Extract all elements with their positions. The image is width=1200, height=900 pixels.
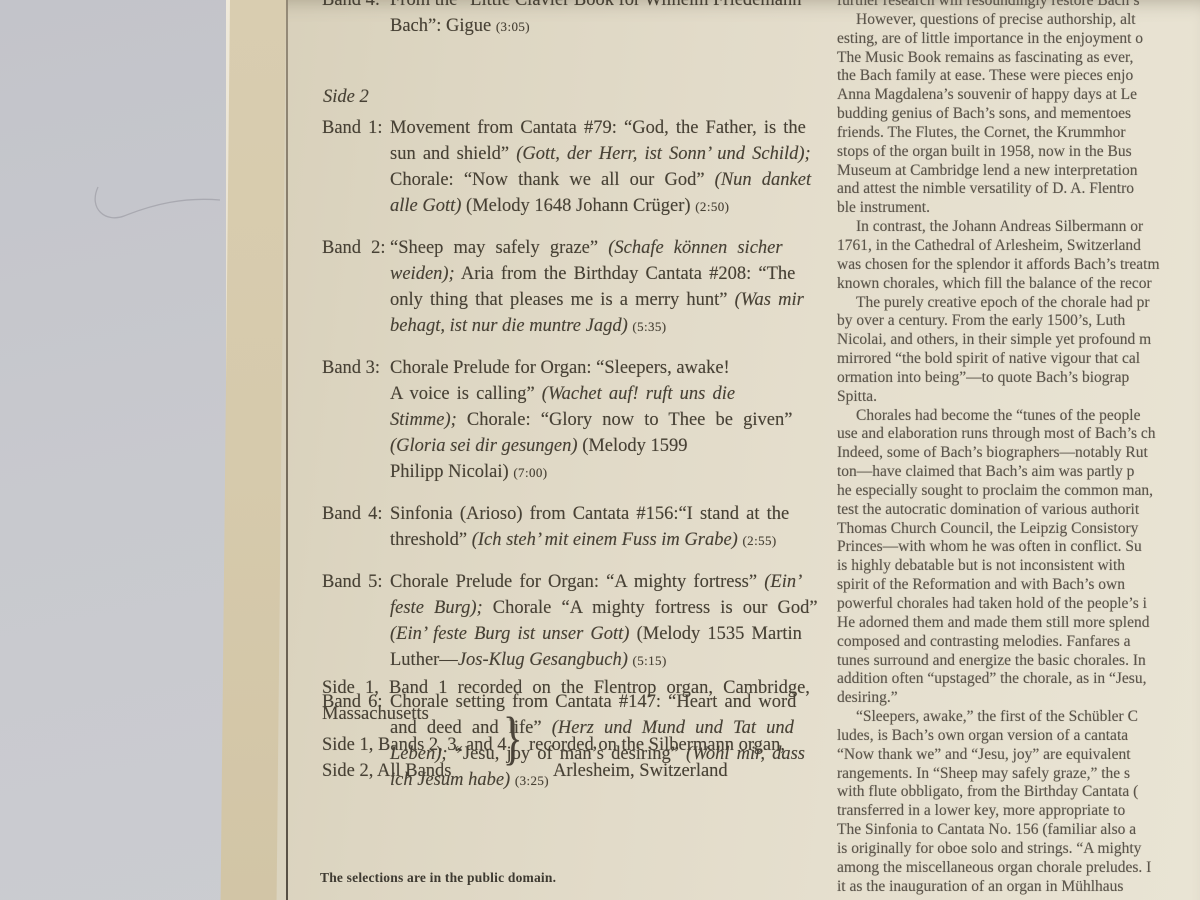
text-segment: (Schafe können sicher xyxy=(608,238,782,258)
text-segment: (Gloria sei dir gesungen) xyxy=(390,436,578,456)
liner-notes-line: further research will resoundingly resto… xyxy=(837,0,1200,11)
liner-notes-line: ludes, is Bach’s own organ version of a … xyxy=(837,727,1200,746)
tracklist-line: threshold” (Ich steh’ mit einem Fuss im … xyxy=(322,527,818,554)
text-segment: Luther— xyxy=(390,650,458,670)
text-segment: (Melody 1535 Martin xyxy=(629,624,801,644)
side2-heading: Side 2 xyxy=(323,84,369,110)
liner-notes-line: 1761, in the Cathedral of Arlesheim, Swi… xyxy=(837,237,1200,256)
duration: (5:35) xyxy=(632,319,666,334)
text-segment: (Wachet auf! ruft uns die xyxy=(542,384,735,404)
brace-symbol: } xyxy=(503,725,522,752)
text-segment: Side 2, All Bands xyxy=(322,761,452,781)
duration: (2:55) xyxy=(742,533,776,548)
text-segment: (Ich steh’ mit einem Fuss im Grabe) xyxy=(472,530,743,550)
band-label: Band 4: xyxy=(322,501,390,527)
recording-note-line: Side 1, Bands 2, 3, and 4 xyxy=(322,732,506,758)
text-segment: Jos-Klug Gesangbuch) xyxy=(458,650,633,670)
tracklist-line: Band 2:“Sheep may safely graze” (Schafe … xyxy=(322,235,818,261)
sleeve-edge-strip xyxy=(221,0,286,900)
hair-strand xyxy=(80,175,240,245)
recording-note-line: Massachusetts xyxy=(322,701,810,727)
band-entry: Band 2:“Sheep may safely graze” (Schafe … xyxy=(322,235,818,340)
liner-notes-line: desiring.” xyxy=(837,689,1200,708)
tracklist-line: only thing that pleases me is a merry hu… xyxy=(322,287,818,313)
tracklist-line: alle Gott) (Melody 1648 Johann Crüger) (… xyxy=(322,193,818,220)
liner-notes-line: known chorales, which fill the balance o… xyxy=(837,275,1200,294)
text-segment: Sinfonia (Arioso) from Cantata #156:“I s… xyxy=(390,504,789,524)
text-segment: Chorale “A mighty fortress is our God” xyxy=(483,598,818,618)
public-domain-note: The selections are in the public domain. xyxy=(320,869,556,887)
tracklist-line: Band 4:From the “Little Clavier Book for… xyxy=(322,0,801,13)
liner-notes-line: with flute obbligato, from the Birthday … xyxy=(837,783,1200,802)
liner-notes-line: Anna Magdalena’s souvenir of happy days … xyxy=(837,86,1200,105)
liner-notes-line: use and elaboration runs through most of… xyxy=(837,425,1200,444)
text-segment: weiden); xyxy=(390,264,455,284)
liner-notes-line: friends. The Flutes, the Cornet, the Kru… xyxy=(837,124,1200,143)
liner-notes-line: mirrored “the bold spirit of native vigo… xyxy=(837,350,1200,369)
liner-notes-line: He adorned them and made them still more… xyxy=(837,614,1200,633)
liner-notes-line: it as the inauguration of an organ in Mü… xyxy=(837,878,1200,897)
band-entry: Band 5:Chorale Prelude for Organ: “A mig… xyxy=(322,569,818,674)
text-segment: Side 1, Band 1 recorded on the Flentrop … xyxy=(322,678,810,698)
tracklist-line: behagt, ist nur die muntre Jagd) (5:35) xyxy=(322,313,818,340)
text-segment: A voice is calling” xyxy=(390,384,542,404)
liner-notes-line: ble instrument. xyxy=(837,199,1200,218)
band-label: Band 4: xyxy=(322,0,390,13)
text-segment: Chorale: “Glory now to Thee be given” xyxy=(457,410,793,430)
text-segment: From the “Little Clavier Book for Wilhel… xyxy=(390,0,801,10)
tracklist-line: Band 5:Chorale Prelude for Organ: “A mig… xyxy=(322,569,818,595)
tracklist-line: Bach”: Gigue (3:05) xyxy=(322,13,801,40)
liner-notes-column: further research will resoundingly resto… xyxy=(837,0,1200,897)
liner-notes-line: The purely creative epoch of the chorale… xyxy=(837,294,1200,313)
band-label: Band 3: xyxy=(322,355,390,381)
liner-notes-line: ton—have claimed that Bach’s aim was par… xyxy=(837,463,1200,482)
text-segment: sun and shield” xyxy=(390,144,516,164)
liner-notes-line: ormation into being”—to quote Bach’s bio… xyxy=(837,369,1200,388)
liner-notes-line: rangements. In “Sheep may safely graze,”… xyxy=(837,765,1200,784)
liner-notes-line: The Music Book remains as fascinating as… xyxy=(837,49,1200,68)
liner-notes-line: “Now thank we” and “Jesu, joy” are equiv… xyxy=(837,746,1200,765)
tracklist-line: Band 3:Chorale Prelude for Organ: “Sleep… xyxy=(322,355,818,381)
liner-notes-line: he especially sought to proclaim the com… xyxy=(837,482,1200,501)
recording-note-line: Side 1, Band 1 recorded on the Flentrop … xyxy=(322,675,810,701)
band-label: Band 1: xyxy=(322,115,390,141)
band-label: Band 5: xyxy=(322,569,390,595)
tracklist-line: Luther—Jos-Klug Gesangbuch) (5:15) xyxy=(322,647,818,674)
liner-notes-line: powerful chorales had taken hold of the … xyxy=(837,595,1200,614)
liner-notes-line: stops of the organ built in 1958, now in… xyxy=(837,143,1200,162)
tracklist-line: sun and shield” (Gott, der Herr, ist Son… xyxy=(322,141,818,167)
liner-notes-line: composed and contrasting melodies. Fanfa… xyxy=(837,633,1200,652)
text-segment: (Melody 1648 Johann Crüger) xyxy=(461,196,695,216)
liner-notes-line: However, questions of precise authorship… xyxy=(837,11,1200,30)
liner-notes-line: by over a century. From the early 1500’s… xyxy=(837,312,1200,331)
note-left-lines: Side 1, Bands 2, 3, and 4Side 2, All Ban… xyxy=(322,732,506,784)
liner-notes-line: Nicolai, and others, in their simple yet… xyxy=(837,331,1200,350)
tracklist-line: feste Burg); Chorale “A mighty fortress … xyxy=(322,595,818,621)
liner-notes-line: In contrast, the Johann Andreas Silberma… xyxy=(837,218,1200,237)
text-segment: Chorale Prelude for Organ: “A mighty for… xyxy=(390,572,764,592)
tracklist-line: Stimme); Chorale: “Glory now to Thee be … xyxy=(322,407,818,433)
band-entry: Band 4:Sinfonia (Arioso) from Cantata #1… xyxy=(322,501,818,554)
liner-notes-line: is originally for oboe solo and strings.… xyxy=(837,840,1200,859)
liner-notes-line: “Sleepers, awake,” the first of the Schü… xyxy=(837,708,1200,727)
recording-note-line: Arlesheim, Switzerland xyxy=(529,758,785,784)
tracklist-line: Band 1:Movement from Cantata #79: “God, … xyxy=(322,115,818,141)
tracklist-line: Chorale: “Now thank we all our God” (Nun… xyxy=(322,167,818,193)
tracklist-line: Band 4:Sinfonia (Arioso) from Cantata #1… xyxy=(322,501,818,527)
tracklist-line: (Ein’ feste Burg ist unser Gott) (Melody… xyxy=(322,621,818,647)
text-segment: threshold” xyxy=(390,530,472,550)
note-right-lines: recorded on the Silbermann organ,Arleshe… xyxy=(529,732,785,784)
text-segment: Philipp Nicolai) xyxy=(390,462,513,482)
band4-side1-entry: Band 4:From the “Little Clavier Book for… xyxy=(322,0,801,40)
text-segment: only thing that pleases me is a merry hu… xyxy=(390,290,735,310)
liner-notes-line: Thomas Church Council, the Leipzig Consi… xyxy=(837,520,1200,539)
text-segment: Bach”: Gigue xyxy=(390,16,496,36)
text-segment: (Ein’ xyxy=(764,572,802,592)
liner-notes-line: The Sinfonia to Cantata No. 156 (familia… xyxy=(837,821,1200,840)
text-segment: behagt, ist nur die muntre Jagd) xyxy=(390,316,632,336)
liner-notes-line: Indeed, some of Bach’s biographers—notab… xyxy=(837,444,1200,463)
text-segment: (Gott, der Herr, ist Sonn’ und Schild); xyxy=(516,144,811,164)
duration: (3:05) xyxy=(496,19,530,34)
duration: (7:00) xyxy=(513,465,547,480)
text-segment: (Was mir xyxy=(735,290,804,310)
duration: (5:15) xyxy=(633,653,667,668)
band-entry: Band 1:Movement from Cantata #79: “God, … xyxy=(322,115,818,220)
text-segment: recorded on the Silbermann organ, xyxy=(529,735,785,755)
text-segment: alle Gott) xyxy=(390,196,461,216)
text-segment: “Sheep may safely graze” xyxy=(390,238,608,258)
text-segment: Massachusetts xyxy=(322,704,429,724)
liner-notes-line: among the miscellaneous organ chorale pr… xyxy=(837,859,1200,878)
liner-notes-line: tunes surround and energize the basic ch… xyxy=(837,652,1200,671)
recording-note-flentrop: Side 1, Band 1 recorded on the Flentrop … xyxy=(322,675,810,727)
liner-notes-line: and attest the nimble versatility of D. … xyxy=(837,180,1200,199)
text-segment: Arlesheim, Switzerland xyxy=(553,761,728,781)
photo-of-album-back-cover: Band 4:From the “Little Clavier Book for… xyxy=(0,0,1200,900)
band-label: Band 2: xyxy=(322,235,390,261)
text-segment: (Nun danket xyxy=(715,170,811,190)
liner-notes-line: esting, are of little importance in the … xyxy=(837,30,1200,49)
tracklist-line: A voice is calling” (Wachet auf! ruft un… xyxy=(322,381,818,407)
text-segment: Stimme); xyxy=(390,410,457,430)
duration: (2:50) xyxy=(695,199,729,214)
liner-notes-line: Princes—with whom he was often in confli… xyxy=(837,538,1200,557)
sleeve-crease-line xyxy=(286,0,288,900)
liner-notes-line: budding genius of Bach’s sons, and memen… xyxy=(837,105,1200,124)
tracklist-line: Philipp Nicolai) (7:00) xyxy=(322,459,818,486)
tracklist-line: weiden); Aria from the Birthday Cantata … xyxy=(322,261,818,287)
text-segment: Movement from Cantata #79: “God, the Fat… xyxy=(390,118,806,138)
liner-notes-line: spirit of the Reformation and with Bach’… xyxy=(837,576,1200,595)
liner-notes-line: the Bach family at ease. These were piec… xyxy=(837,67,1200,86)
text-segment: Chorale Prelude for Organ: “Sleepers, aw… xyxy=(390,358,730,378)
band-entry: Band 3:Chorale Prelude for Organ: “Sleep… xyxy=(322,355,818,486)
liner-notes-line: transferred in a lower key, more appropr… xyxy=(837,802,1200,821)
tracklist-line: (Gloria sei dir gesungen) (Melody 1599 xyxy=(322,433,818,459)
text-segment: (Ein’ feste Burg ist unser Gott) xyxy=(390,624,629,644)
liner-notes-line: was chosen for the splendor it affords B… xyxy=(837,256,1200,275)
liner-notes-line: addition often “upstaged” the chorale, a… xyxy=(837,670,1200,689)
recording-note-line: Side 2, All Bands xyxy=(322,758,506,784)
liner-notes-line: Spitta. xyxy=(837,388,1200,407)
text-segment: Aria from the Birthday Cantata #208: “Th… xyxy=(455,264,796,284)
liner-notes-line: Chorales had become the “tunes of the pe… xyxy=(837,407,1200,426)
text-segment: Chorale: “Now thank we all our God” xyxy=(390,170,715,190)
liner-notes-line: Museum at Cambridge lend a new interpret… xyxy=(837,162,1200,181)
text-segment: feste Burg); xyxy=(390,598,483,618)
recording-note-line: recorded on the Silbermann organ, xyxy=(529,732,785,758)
liner-notes-line: is highly debatable but is not inconsist… xyxy=(837,557,1200,576)
liner-notes-line: test the autocratic domination of variou… xyxy=(837,501,1200,520)
text-segment: Side 1, Bands 2, 3, and 4 xyxy=(322,735,506,755)
text-segment: (Melody 1599 xyxy=(578,436,688,456)
